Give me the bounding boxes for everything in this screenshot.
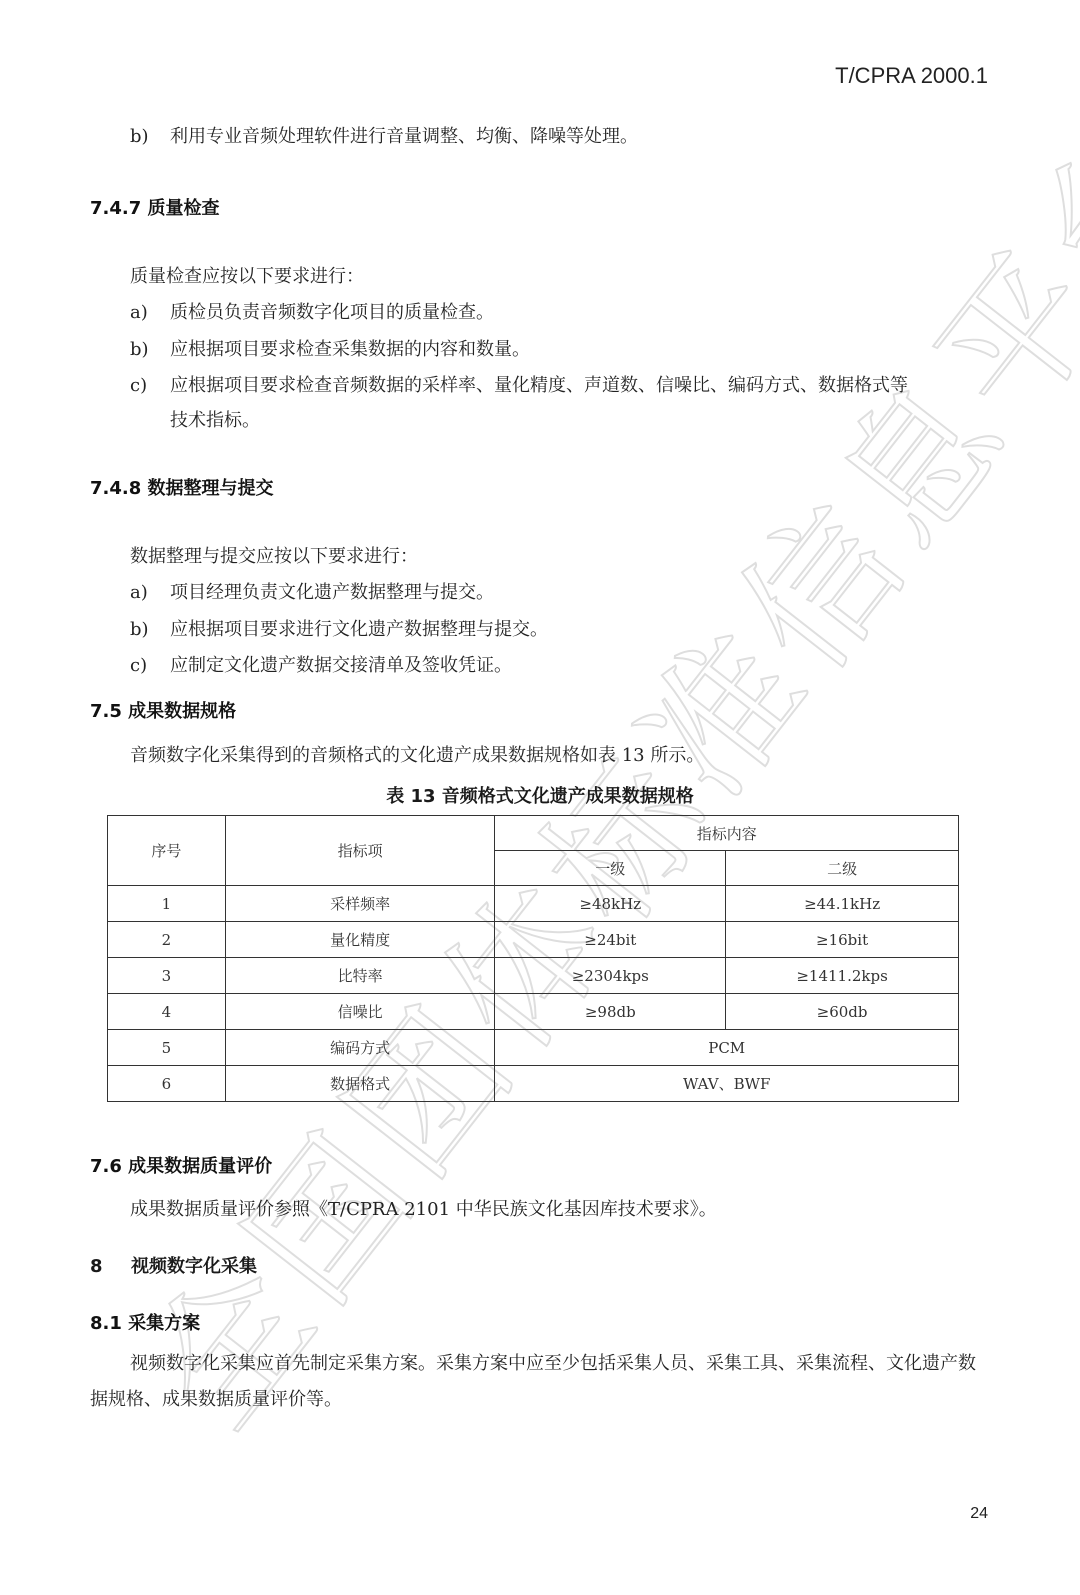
spec-table: 序号 指标项 指标内容 一级 二级 1 采样频率 ≥48kHz ≥44.1kHz…: [107, 815, 959, 1102]
table-row: 3 比特率 ≥2304kps ≥1411.2kps: [108, 958, 959, 994]
list-text: 应根据项目要求进行文化遗产数据整理与提交。: [170, 619, 548, 640]
list-item: a)项目经理负责文化遗产数据整理与提交。: [130, 578, 494, 604]
list-item: c)应根据项目要求检查音频数据的采样率、量化精度、声道数、信噪比、编码方式、数据…: [130, 371, 908, 397]
list-item: b)应根据项目要求进行文化遗产数据整理与提交。: [130, 615, 548, 641]
cell-level1: ≥48kHz: [495, 886, 726, 922]
list-text: 应根据项目要求检查音频数据的采样率、量化精度、声道数、信噪比、编码方式、数据格式…: [170, 375, 908, 396]
page-number: 24: [970, 1505, 988, 1523]
table-row: 1 采样频率 ≥48kHz ≥44.1kHz: [108, 886, 959, 922]
section-text: 视频数字化采集应首先制定采集方案。采集方案中应至少包括采集人员、采集工具、采集流…: [90, 1346, 990, 1418]
list-marker: c): [130, 375, 170, 396]
list-text: 利用专业音频处理软件进行音量调整、均衡、降噪等处理。: [170, 126, 638, 147]
table-row: 5 编码方式 PCM: [108, 1030, 959, 1066]
list-item: b)应根据项目要求检查采集数据的内容和数量。: [130, 335, 530, 361]
table-row: 4 信噪比 ≥98db ≥60db: [108, 994, 959, 1030]
cell-item: 编码方式: [225, 1030, 495, 1066]
cell-index: 3: [108, 958, 226, 994]
cell-level2: ≥60db: [726, 994, 959, 1030]
cell-level2: ≥16bit: [726, 922, 959, 958]
cell-merged: WAV、BWF: [495, 1066, 959, 1102]
cell-index: 4: [108, 994, 226, 1030]
cell-level2: ≥44.1kHz: [726, 886, 959, 922]
list-continuation: 技术指标。: [170, 406, 260, 432]
cell-index: 6: [108, 1066, 226, 1102]
section-heading-7-5: 7.5 成果数据规格: [90, 697, 236, 723]
cell-level2: ≥1411.2kps: [726, 958, 959, 994]
cell-index: 2: [108, 922, 226, 958]
list-text: 质检员负责音频数字化项目的质量检查。: [170, 302, 494, 323]
section-text: 音频数字化采集得到的音频格式的文化遗产成果数据规格如表 13 所示。: [130, 741, 704, 767]
cell-item: 信噪比: [225, 994, 495, 1030]
cell-index: 5: [108, 1030, 226, 1066]
list-marker: c): [130, 655, 170, 676]
section-heading-8-1: 8.1 采集方案: [90, 1309, 200, 1335]
list-marker: b): [130, 619, 170, 640]
cell-merged: PCM: [495, 1030, 959, 1066]
header-index: 序号: [108, 816, 226, 886]
cell-item: 数据格式: [225, 1066, 495, 1102]
chapter-heading-8: 8视频数字化采集: [90, 1252, 257, 1278]
table-caption: 表 13 音频格式文化遗产成果数据规格: [0, 782, 1080, 808]
chapter-title: 视频数字化采集: [131, 1256, 257, 1277]
document-page: T/CPRA 2000.1 b)利用专业音频处理软件进行音量调整、均衡、降噪等处…: [0, 0, 1080, 1595]
cell-index: 1: [108, 886, 226, 922]
list-text: 应根据项目要求检查采集数据的内容和数量。: [170, 339, 530, 360]
section-heading-7-6: 7.6 成果数据质量评价: [90, 1152, 272, 1178]
list-marker: b): [130, 339, 170, 360]
list-marker: b): [130, 126, 170, 147]
table-row: 2 量化精度 ≥24bit ≥16bit: [108, 922, 959, 958]
cell-item: 量化精度: [225, 922, 495, 958]
section-heading-7-4-7: 7.4.7 质量检查: [90, 194, 220, 220]
list-item: c)应制定文化遗产数据交接清单及签收凭证。: [130, 651, 512, 677]
cell-level1: ≥2304kps: [495, 958, 726, 994]
list-item: a)质检员负责音频数字化项目的质量检查。: [130, 298, 494, 324]
header-level2: 二级: [726, 851, 959, 886]
list-item: b)利用专业音频处理软件进行音量调整、均衡、降噪等处理。: [130, 122, 638, 148]
list-text: 项目经理负责文化遗产数据整理与提交。: [170, 582, 494, 603]
header-item: 指标项: [225, 816, 495, 886]
list-marker: a): [130, 302, 170, 323]
table-row: 6 数据格式 WAV、BWF: [108, 1066, 959, 1102]
chapter-number: 8: [90, 1256, 131, 1277]
cell-item: 比特率: [225, 958, 495, 994]
document-code: T/CPRA 2000.1: [835, 63, 988, 89]
cell-item: 采样频率: [225, 886, 495, 922]
cell-level1: ≥98db: [495, 994, 726, 1030]
section-text: 成果数据质量评价参照《T/CPRA 2101 中华民族文化基因库技术要求》。: [130, 1195, 717, 1221]
section-lead: 数据整理与提交应按以下要求进行：: [130, 542, 418, 568]
section-heading-7-4-8: 7.4.8 数据整理与提交: [90, 474, 274, 500]
section-lead: 质量检查应按以下要求进行：: [130, 262, 364, 288]
header-level1: 一级: [495, 851, 726, 886]
cell-level1: ≥24bit: [495, 922, 726, 958]
list-marker: a): [130, 582, 170, 603]
list-text: 应制定文化遗产数据交接清单及签收凭证。: [170, 655, 512, 676]
header-content: 指标内容: [495, 816, 959, 851]
